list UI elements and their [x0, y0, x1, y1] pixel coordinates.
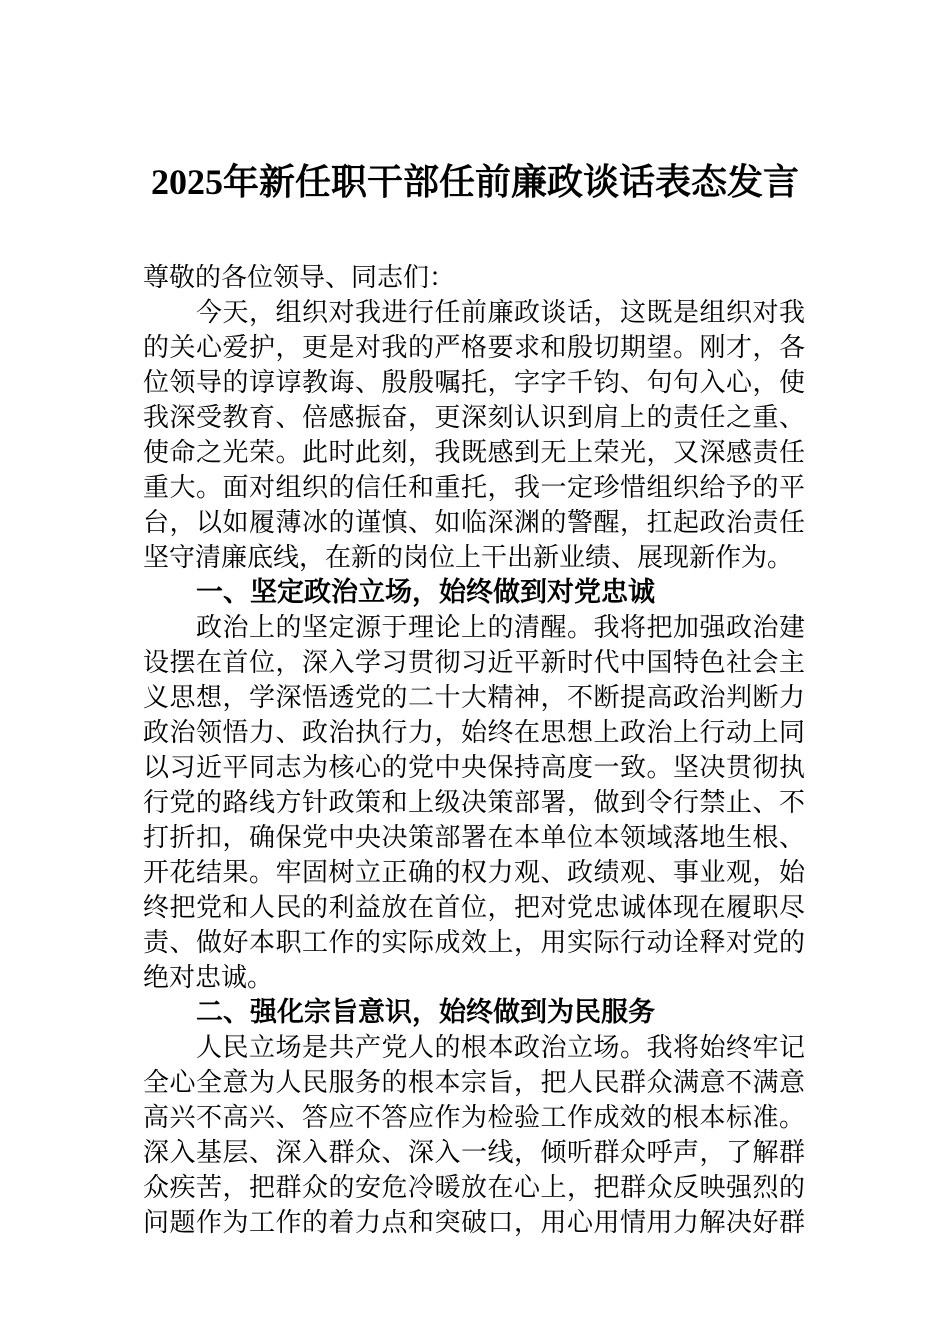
paragraph-line: 人民立场是共产党人的根本政治立场。我将始终牢记 — [143, 1030, 805, 1065]
paragraph-line: 终把党和人民的利益放在首位，把对党忠诚体现在履职尽 — [143, 890, 805, 925]
paragraph-line: 的关心爱护，更是对我的严格要求和殷切期望。刚才，各 — [143, 330, 805, 365]
paragraph-line: 开花结果。牢固树立正确的权力观、政绩观、事业观，始 — [143, 855, 805, 890]
paragraph-line: 众疾苦，把群众的安危冷暖放在心上，把群众反映强烈的 — [143, 1170, 805, 1205]
paragraph-line: 今天，组织对我进行任前廉政谈话，这既是组织对我 — [143, 295, 805, 330]
paragraph-line: 责、做好本职工作的实际成效上，用实际行动诠释对党的 — [143, 925, 805, 960]
section-heading: 二、强化宗旨意识，始终做到为民服务 — [143, 995, 805, 1030]
paragraph-line: 义思想，学深悟透党的二十大精神，不断提高政治判断力 — [143, 680, 805, 715]
paragraph-line: 重大。面对组织的信任和重托，我一定珍惜组织给予的平 — [143, 470, 805, 505]
paragraph-line: 位领导的谆谆教诲、殷殷嘱托，字字千钧、句句入心，使 — [143, 365, 805, 400]
document-title: 2025年新任职干部任前廉政谈话表态发言 — [0, 158, 950, 206]
section-heading: 一、坚定政治立场，始终做到对党忠诚 — [143, 575, 805, 610]
paragraph-line: 深入基层、深入群众、深入一线，倾听群众呼声，了解群 — [143, 1135, 805, 1170]
salutation: 尊敬的各位领导、同志们： — [143, 260, 805, 295]
document-body: 尊敬的各位领导、同志们： 今天，组织对我进行任前廉政谈话，这既是组织对我的关心爱… — [143, 260, 805, 1240]
document-paragraphs: 今天，组织对我进行任前廉政谈话，这既是组织对我的关心爱护，更是对我的严格要求和殷… — [143, 295, 805, 1240]
paragraph-line: 台，以如履薄冰的谨慎、如临深渊的警醒，扛起政治责任 — [143, 505, 805, 540]
paragraph-line: 设摆在首位，深入学习贯彻习近平新时代中国特色社会主 — [143, 645, 805, 680]
paragraph-line: 高兴不高兴、答应不答应作为检验工作成效的根本标准。 — [143, 1100, 805, 1135]
paragraph-line: 使命之光荣。此时此刻，我既感到无上荣光，又深感责任 — [143, 435, 805, 470]
paragraph-line: 坚守清廉底线，在新的岗位上干出新业绩、展现新作为。 — [143, 540, 805, 575]
paragraph-line: 以习近平同志为核心的党中央保持高度一致。坚决贯彻执 — [143, 750, 805, 785]
paragraph-line: 问题作为工作的着力点和突破口，用心用情用力解决好群 — [143, 1205, 805, 1240]
paragraph-line: 全心全意为人民服务的根本宗旨，把人民群众满意不满意 — [143, 1065, 805, 1100]
paragraph-line: 我深受教育、倍感振奋，更深刻认识到肩上的责任之重、 — [143, 400, 805, 435]
paragraph-line: 政治上的坚定源于理论上的清醒。我将把加强政治建 — [143, 610, 805, 645]
paragraph-line: 行党的路线方针政策和上级决策部署，做到令行禁止、不 — [143, 785, 805, 820]
paragraph-line: 绝对忠诚。 — [143, 960, 805, 995]
document-page: 2025年新任职干部任前廉政谈话表态发言 尊敬的各位领导、同志们： 今天，组织对… — [0, 0, 950, 1344]
paragraph-line: 政治领悟力、政治执行力，始终在思想上政治上行动上同 — [143, 715, 805, 750]
paragraph-line: 打折扣，确保党中央决策部署在本单位本领域落地生根、 — [143, 820, 805, 855]
